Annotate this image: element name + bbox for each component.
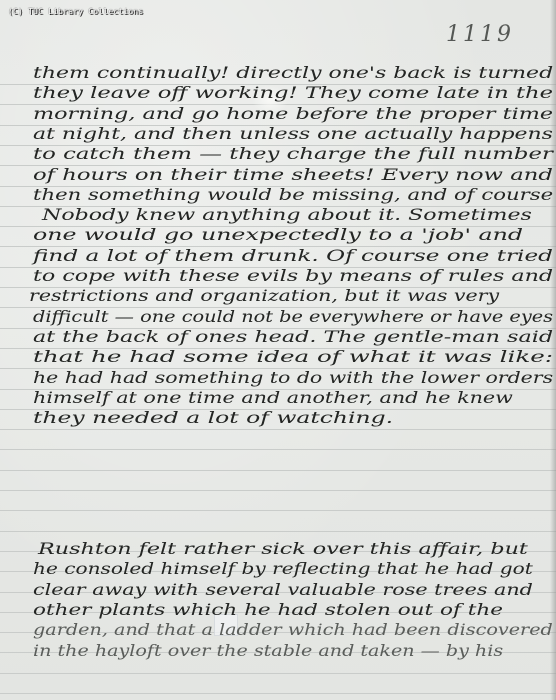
text-line: restrictions and organization, but it wa…	[29, 287, 499, 305]
text-line: Nobody knew anything about it. Sometimes	[42, 206, 532, 224]
text-line: find a lot of them drunk. Of course one …	[33, 247, 553, 265]
text-line: Rushton felt rather sick over this affai…	[38, 540, 528, 558]
text-line: difficult — one could not be everywhere …	[33, 308, 553, 326]
text-line: morning, and go home before the proper t…	[33, 105, 553, 123]
page-number: 1119	[446, 22, 514, 47]
text-line: garden, and that a ladder which had been…	[33, 621, 553, 639]
text-line: clear away with several valuable rose tr…	[33, 581, 533, 599]
manuscript-page: (C) TUC Library Collections 1119 them co…	[0, 0, 556, 700]
ruled-line	[0, 429, 556, 430]
text-line: them continually! directly one's back is…	[33, 64, 553, 82]
text-line: other plants which he had stolen out of …	[33, 601, 503, 619]
text-line: they leave off working! They come late i…	[33, 84, 553, 102]
ruled-line	[0, 510, 556, 511]
ruled-line	[0, 673, 556, 674]
ruled-line	[0, 470, 556, 471]
text-line: at the back of ones head. The gentle-man…	[33, 328, 553, 346]
text-line: to cope with these evils by means of rul…	[33, 267, 553, 285]
text-line: they needed a lot of watching.	[33, 409, 393, 427]
ruled-line	[0, 693, 556, 694]
ruled-line	[0, 531, 556, 532]
text-line: in the hayloft over the stable and taken…	[33, 642, 503, 660]
text-line: that he had some idea of what it was lik…	[33, 348, 553, 366]
text-line: to catch them — they charge the full num…	[33, 145, 553, 163]
text-line: then something would be missing, and of …	[33, 186, 553, 204]
text-line: he consoled himself by reflecting that h…	[33, 560, 533, 578]
text-line: at night, and then unless one actually h…	[33, 125, 553, 143]
text-line: of hours on their time sheets! Every now…	[33, 166, 553, 184]
ruled-line	[0, 449, 556, 450]
ruled-line	[0, 490, 556, 491]
copyright-watermark: (C) TUC Library Collections	[8, 7, 143, 16]
text-line: he had had something to do with the lowe…	[33, 369, 553, 387]
text-line: one would go unexpectedly to a 'job' and	[33, 226, 523, 244]
text-line: himself at one time and another, and he …	[33, 389, 513, 407]
